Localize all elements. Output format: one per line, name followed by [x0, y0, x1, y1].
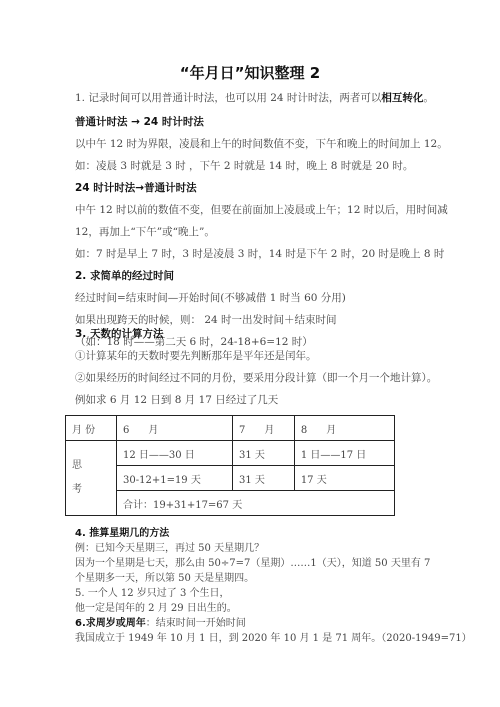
table-cell: 17 天 [294, 466, 394, 491]
sec3-point1: ①计算某年的天数时要先判断那年是平年还是闰年。 [75, 348, 317, 363]
sec2-heading: 2. 求简单的经过时间 [75, 268, 174, 283]
sec2-cross-day: 如果出现跨天的时候，则： 24 时一出发时间＋结束时间 [75, 312, 337, 327]
page-title: “年月日”知识整理 2 [0, 62, 500, 83]
sec1-intro-end: 。 [423, 92, 434, 104]
sec1-sub2-heading: 24 时计时法→普通计时法 [75, 180, 197, 195]
sec2-formula: 经过时间=结束时间—开始时间(不够减借 1 时当 60 分用) [75, 290, 346, 305]
sec1-intro: 1. 记录时间可以用普通计时法，也可以用 24 时计时法，两者可以相互转化。 [75, 90, 434, 105]
sec1-sub1-example: 如：凌晨 3 时就是 3 时 ，下午 2 时就是 14 时，晚上 8 时就是 2… [75, 158, 413, 173]
days-calculation-table: 月 份 6 月 7 月 8 月 思 考 12 日——30 日 31 天 1 日—… [65, 415, 395, 516]
think-char: 考 [72, 478, 110, 502]
table-cell: 1 日——17 日 [294, 441, 394, 466]
table-cell: 31 天 [232, 441, 294, 466]
sec4-reason-1: 因为一个星期是七天，那么由 50÷7=7（星期）……1（天），知道 50 天里有… [75, 554, 430, 569]
sec6-heading-bold: 6.求周岁或周年 [75, 618, 146, 629]
sec6-heading: 6.求周岁或周年：结束时间一开始时间 [75, 614, 246, 629]
table-header-cell: 月 份 [66, 416, 117, 441]
sec3-point2: ②如果经历的时间经过不同的月份，要采用分段计算（即一个月一个地计算）。 [75, 370, 437, 385]
sec1-sub1-rule: 以中午 12 时为界限，凌晨和上午的时间数值不变，下午和晚上的时间加上 12。 [75, 136, 448, 151]
sec6-example: 我国成立于 1949 年 10 月 1 日，到 2020 年 10 月 1 是 … [75, 629, 472, 644]
sec1-sub2-rule-2: 12，再加上“下午”或“晚上”。 [75, 224, 215, 239]
think-label-cell: 思 考 [66, 441, 117, 516]
sec1-intro-bold: 相互转化 [381, 92, 423, 104]
sec1-sub1-heading: 普通计时法 → 24 时计时法 [75, 114, 204, 129]
sec1-sub2-example: 如：7 时是早上 7 时，3 时是凌晨 3 时，14 时是下午 2 时，20 时… [75, 246, 444, 261]
sec3-example: 例如求 6 月 12 日到 8 月 17 日经过了几天 [75, 392, 278, 407]
sec5-line2: 他一定是闰年的 2 月 29 日出生的。 [75, 599, 237, 614]
table-header-cell: 6 月 [117, 416, 233, 441]
sec1-intro-text: 1. 记录时间可以用普通计时法，也可以用 24 时计时法，两者可以 [75, 92, 381, 104]
sec5-line1: 5. 一个人 12 岁只过了 3 个生日， [75, 584, 230, 599]
table-header-cell: 7 月 [232, 416, 294, 441]
table-header-cell: 8 月 [294, 416, 394, 441]
think-char: 思 [72, 454, 110, 478]
sec4-reason-2: 个星期多一天，所以第 50 天是星期四。 [75, 569, 254, 584]
table-total-cell: 合计：19+31+17=67 天 [117, 491, 395, 516]
sec4-example: 例：已知今天星期三，再过 50 天星期几？ [75, 539, 264, 554]
table-cell: 31 天 [232, 466, 294, 491]
sec4-heading: 4. 推算星期几的方法 [75, 524, 169, 539]
table-cell: 12 日——30 日 [117, 441, 233, 466]
sec3-heading: 3. 天数的计算方法 [75, 326, 163, 341]
sec6-heading-rest: ：结束时间一开始时间 [146, 618, 246, 629]
table-cell: 30-12+1=19 天 [117, 466, 233, 491]
table-header-row: 月 份 6 月 7 月 8 月 [66, 416, 395, 441]
table-row: 思 考 12 日——30 日 31 天 1 日——17 日 [66, 441, 395, 466]
sec1-sub2-rule-1: 中午 12 时以前的数值不变，但要在前面加上凌晨或上午；12 时以后，用时间减 [75, 202, 448, 217]
